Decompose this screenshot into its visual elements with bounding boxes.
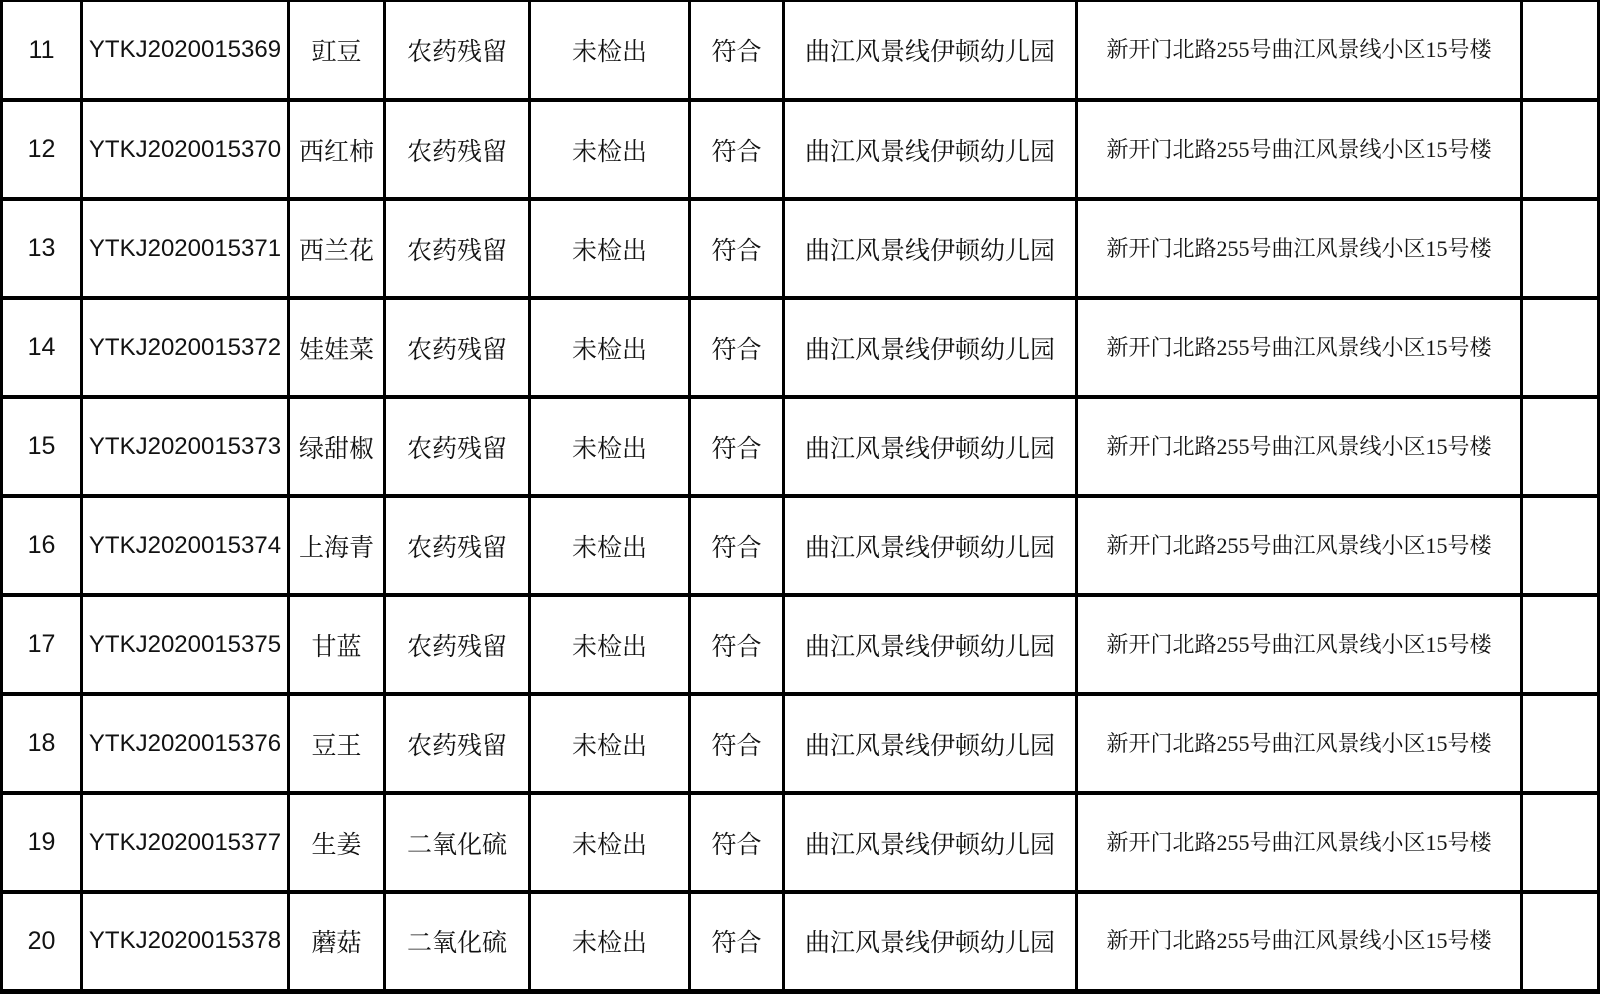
conclusion-cell: 符合: [690, 595, 784, 694]
sampled-unit-cell: 曲江风景线伊顿幼儿园: [784, 1, 1077, 100]
table-row: 17YTKJ2020015375甘蓝农药残留未检出符合曲江风景线伊顿幼儿园新开门…: [2, 595, 1599, 694]
remark-cell: [1522, 1, 1599, 100]
test-result-cell: 未检出: [530, 199, 690, 298]
test-item-cell: 农药残留: [385, 100, 530, 199]
sample-name-cell: 西兰花: [289, 199, 385, 298]
test-result-cell: 未检出: [530, 298, 690, 397]
sampled-unit-cell: 曲江风景线伊顿幼儿园: [784, 892, 1077, 991]
sample-name-cell: 绿甜椒: [289, 397, 385, 496]
sample-name-cell: 蘑菇: [289, 892, 385, 991]
sampled-unit-cell: 曲江风景线伊顿幼儿园: [784, 793, 1077, 892]
unit-address-cell: 新开门北路255号曲江风景线小区15号楼: [1077, 595, 1522, 694]
test-item-cell: 二氧化硫: [385, 892, 530, 991]
unit-address-cell: 新开门北路255号曲江风景线小区15号楼: [1077, 496, 1522, 595]
sample-code-cell: YTKJ2020015371: [82, 199, 289, 298]
row-index-cell: 16: [2, 496, 82, 595]
row-index-cell: 18: [2, 694, 82, 793]
sample-code-cell: YTKJ2020015377: [82, 793, 289, 892]
sample-code-cell: YTKJ2020015373: [82, 397, 289, 496]
remark-cell: [1522, 199, 1599, 298]
sample-code-cell: YTKJ2020015369: [82, 1, 289, 100]
table-row: 14YTKJ2020015372娃娃菜农药残留未检出符合曲江风景线伊顿幼儿园新开…: [2, 298, 1599, 397]
unit-address-cell: 新开门北路255号曲江风景线小区15号楼: [1077, 892, 1522, 991]
test-result-cell: 未检出: [530, 496, 690, 595]
conclusion-cell: 符合: [690, 496, 784, 595]
remark-cell: [1522, 892, 1599, 991]
conclusion-cell: 符合: [690, 100, 784, 199]
table-row: 11YTKJ2020015369豇豆农药残留未检出符合曲江风景线伊顿幼儿园新开门…: [2, 1, 1599, 100]
table-row: 16YTKJ2020015374上海青农药残留未检出符合曲江风景线伊顿幼儿园新开…: [2, 496, 1599, 595]
sample-name-cell: 上海青: [289, 496, 385, 595]
test-item-cell: 农药残留: [385, 694, 530, 793]
unit-address-cell: 新开门北路255号曲江风景线小区15号楼: [1077, 1, 1522, 100]
conclusion-cell: 符合: [690, 892, 784, 991]
conclusion-cell: 符合: [690, 793, 784, 892]
table-row: 19YTKJ2020015377生姜二氧化硫未检出符合曲江风景线伊顿幼儿园新开门…: [2, 793, 1599, 892]
remark-cell: [1522, 793, 1599, 892]
table-body: 11YTKJ2020015369豇豆农药残留未检出符合曲江风景线伊顿幼儿园新开门…: [2, 1, 1599, 991]
sample-name-cell: 甘蓝: [289, 595, 385, 694]
unit-address-cell: 新开门北路255号曲江风景线小区15号楼: [1077, 397, 1522, 496]
test-result-cell: 未检出: [530, 100, 690, 199]
sampling-results-table: 11YTKJ2020015369豇豆农药残留未检出符合曲江风景线伊顿幼儿园新开门…: [0, 0, 1600, 994]
test-result-cell: 未检出: [530, 1, 690, 100]
row-index-cell: 11: [2, 1, 82, 100]
row-index-cell: 14: [2, 298, 82, 397]
sampled-unit-cell: 曲江风景线伊顿幼儿园: [784, 199, 1077, 298]
sample-name-cell: 西红柿: [289, 100, 385, 199]
sample-code-cell: YTKJ2020015378: [82, 892, 289, 991]
sampled-unit-cell: 曲江风景线伊顿幼儿园: [784, 100, 1077, 199]
sample-code-cell: YTKJ2020015376: [82, 694, 289, 793]
remark-cell: [1522, 694, 1599, 793]
sample-code-cell: YTKJ2020015374: [82, 496, 289, 595]
test-item-cell: 农药残留: [385, 397, 530, 496]
row-index-cell: 12: [2, 100, 82, 199]
row-index-cell: 13: [2, 199, 82, 298]
unit-address-cell: 新开门北路255号曲江风景线小区15号楼: [1077, 298, 1522, 397]
sample-name-cell: 豆王: [289, 694, 385, 793]
sample-name-cell: 娃娃菜: [289, 298, 385, 397]
conclusion-cell: 符合: [690, 397, 784, 496]
test-result-cell: 未检出: [530, 397, 690, 496]
sampled-unit-cell: 曲江风景线伊顿幼儿园: [784, 298, 1077, 397]
table-row: 15YTKJ2020015373绿甜椒农药残留未检出符合曲江风景线伊顿幼儿园新开…: [2, 397, 1599, 496]
table-row: 12YTKJ2020015370西红柿农药残留未检出符合曲江风景线伊顿幼儿园新开…: [2, 100, 1599, 199]
conclusion-cell: 符合: [690, 199, 784, 298]
table-row: 13YTKJ2020015371西兰花农药残留未检出符合曲江风景线伊顿幼儿园新开…: [2, 199, 1599, 298]
test-item-cell: 农药残留: [385, 496, 530, 595]
sampled-unit-cell: 曲江风景线伊顿幼儿园: [784, 595, 1077, 694]
row-index-cell: 17: [2, 595, 82, 694]
test-result-cell: 未检出: [530, 595, 690, 694]
conclusion-cell: 符合: [690, 1, 784, 100]
test-item-cell: 农药残留: [385, 1, 530, 100]
remark-cell: [1522, 298, 1599, 397]
unit-address-cell: 新开门北路255号曲江风景线小区15号楼: [1077, 793, 1522, 892]
conclusion-cell: 符合: [690, 694, 784, 793]
test-result-cell: 未检出: [530, 892, 690, 991]
table-row: 18YTKJ2020015376豆王农药残留未检出符合曲江风景线伊顿幼儿园新开门…: [2, 694, 1599, 793]
remark-cell: [1522, 100, 1599, 199]
sampled-unit-cell: 曲江风景线伊顿幼儿园: [784, 694, 1077, 793]
remark-cell: [1522, 397, 1599, 496]
row-index-cell: 20: [2, 892, 82, 991]
sample-code-cell: YTKJ2020015370: [82, 100, 289, 199]
unit-address-cell: 新开门北路255号曲江风景线小区15号楼: [1077, 199, 1522, 298]
table-row: 20YTKJ2020015378蘑菇二氧化硫未检出符合曲江风景线伊顿幼儿园新开门…: [2, 892, 1599, 991]
sample-name-cell: 生姜: [289, 793, 385, 892]
test-result-cell: 未检出: [530, 793, 690, 892]
test-result-cell: 未检出: [530, 694, 690, 793]
sampled-unit-cell: 曲江风景线伊顿幼儿园: [784, 496, 1077, 595]
row-index-cell: 15: [2, 397, 82, 496]
test-item-cell: 农药残留: [385, 595, 530, 694]
sampled-unit-cell: 曲江风景线伊顿幼儿园: [784, 397, 1077, 496]
row-index-cell: 19: [2, 793, 82, 892]
sample-code-cell: YTKJ2020015372: [82, 298, 289, 397]
unit-address-cell: 新开门北路255号曲江风景线小区15号楼: [1077, 100, 1522, 199]
remark-cell: [1522, 496, 1599, 595]
remark-cell: [1522, 595, 1599, 694]
sample-code-cell: YTKJ2020015375: [82, 595, 289, 694]
sample-name-cell: 豇豆: [289, 1, 385, 100]
test-item-cell: 二氧化硫: [385, 793, 530, 892]
unit-address-cell: 新开门北路255号曲江风景线小区15号楼: [1077, 694, 1522, 793]
conclusion-cell: 符合: [690, 298, 784, 397]
test-item-cell: 农药残留: [385, 199, 530, 298]
test-item-cell: 农药残留: [385, 298, 530, 397]
